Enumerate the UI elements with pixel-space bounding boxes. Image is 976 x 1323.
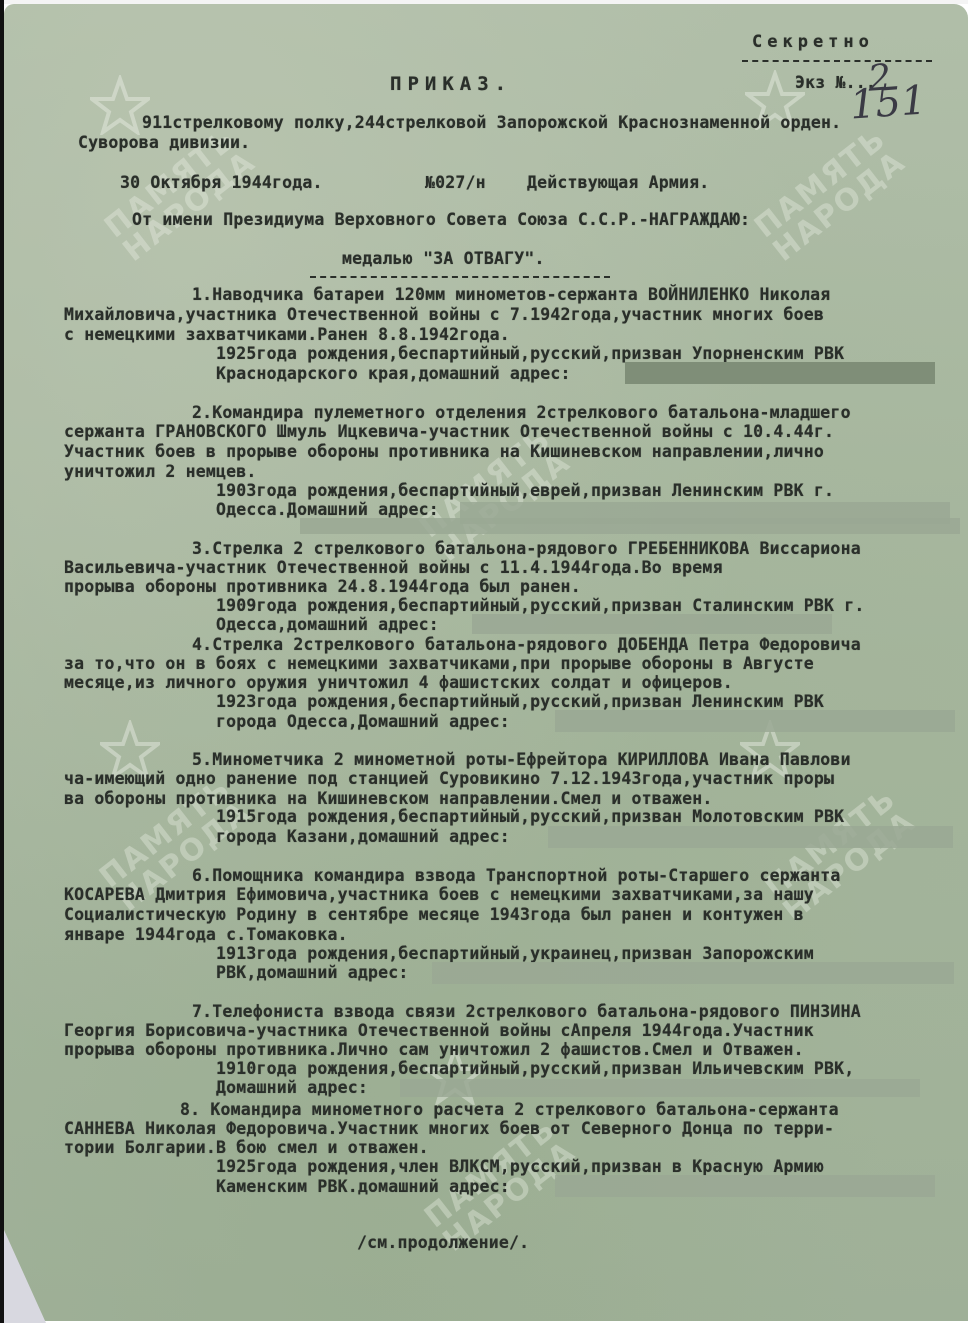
entry-6-bio-2: РВК,домашний адрес: [216, 963, 409, 982]
entry-7-line-1: 7.Телефониста взвода связи 2стрелкового … [192, 1002, 861, 1021]
entry-3-line-1: 3.Стрелка 2 стрелкового батальона-рядово… [192, 539, 861, 558]
award-name: медалью "ЗА ОТВАГУ". [342, 249, 545, 268]
redacted-address [400, 1079, 920, 1097]
entry-6-line-4: январе 1944года с.Томаковка. [64, 925, 348, 944]
entry-8-bio-2: Каменским РВК.домашний адрес: [216, 1177, 510, 1196]
entry-1-bio-2: Краснодарского края,домашний адрес: [216, 364, 571, 383]
entry-4-line-3: месяце,из личного оружия уничтожил 4 фаш… [64, 673, 733, 692]
entry-5-line-2: ча-имеющий одно ранение под станцией Сур… [64, 769, 834, 788]
entry-3-line-2: Васильевича-участник Отечественной войны… [64, 558, 723, 577]
entry-1-bio-1: 1925года рождения,беспартийный,русский,п… [216, 344, 844, 363]
entry-1-line-2: Михайловича,участника Отечественной войн… [64, 305, 824, 324]
entry-2-line-1: 2.Командира пулеметного отделения 2стрел… [192, 403, 851, 422]
redacted-address [625, 362, 935, 384]
entry-6-line-2: КОСАРЕВА Дмитрия Ефимовича,участника бое… [64, 885, 814, 904]
entry-8-line-1: 8. Командира минометного расчета 2 стрел… [180, 1100, 839, 1119]
entry-2-line-2: сержанта ГРАНОВСКОГО Шмуль Ицкевича-учас… [64, 422, 834, 441]
redacted-address [555, 1175, 935, 1197]
header-unit-line-2: Суворова дивизии. [78, 133, 250, 152]
entry-1-line-3: с немецкими захватчиками.Ранен 8.8.1942г… [64, 325, 510, 344]
entry-8-bio-1: 1925года рождения,член ВЛКСМ,русский,при… [216, 1157, 824, 1176]
header-unit-line-1: 911стрелковому полку,244стрелковой Запор… [142, 113, 841, 132]
entry-7-line-3: прорыва обороны противника.Лично сам уни… [64, 1040, 804, 1059]
folded-corner [4, 1230, 46, 1323]
entry-4-line-2: за то,что он в боях с немецкими захватчи… [64, 654, 814, 673]
redacted-address [548, 826, 953, 848]
redacted-address [432, 962, 954, 984]
order-date: 30 Октября 1944года. [120, 173, 323, 192]
entry-8-line-2: САННЕВА Николая Федоровича.Участник мног… [64, 1119, 834, 1138]
entry-8-line-3: тории Болгарии.В бою смел и отважен. [64, 1138, 429, 1157]
entry-4-bio-2: города Одесса,Домашний адрес: [216, 712, 510, 731]
entry-4-line-1: 4.Стрелка 2стрелкового батальона-рядовог… [192, 635, 861, 654]
entry-5-line-1: 5.Минометчика 2 минометной роты-Ефрейтор… [192, 750, 851, 769]
entry-3-bio-1: 1909года рождения,беспартийный,русский,п… [216, 596, 865, 615]
entry-2-line-3: Участник боев в прорыве обороны противни… [64, 442, 824, 461]
entry-2-bio-2: Одесса.Домашний адрес: [216, 500, 439, 519]
entry-5-line-3: ва обороны противника на Кишиневском нап… [64, 789, 713, 808]
scan-left-border [0, 0, 4, 1323]
order-preamble: От имени Президиума Верховного Совета Со… [132, 210, 750, 229]
entry-3-bio-2: Одесса,домашний адрес: [216, 615, 439, 634]
continuation-note: /см.продолжение/. [357, 1233, 529, 1252]
redacted-address [555, 710, 955, 732]
entry-1-line-1: 1.Наводчика батареи 120мм минометов-серж… [192, 285, 830, 304]
entry-6-line-1: 6.Помощника командира взвода Транспортно… [192, 866, 841, 885]
award-underline [310, 276, 610, 278]
redacted-address [472, 614, 832, 634]
order-number: №027/н [425, 173, 486, 192]
entry-7-bio-1: 1910года рождения,беспартийный,русский,п… [216, 1059, 854, 1078]
entry-7-bio-2: Домашний адрес: [216, 1078, 368, 1097]
document-title: ПРИКАЗ. [390, 73, 512, 95]
entry-2-line-4: уничтожил 2 немцев. [64, 462, 257, 481]
handwritten-page-number: 151 [848, 77, 927, 128]
scan-right-border [968, 0, 976, 1323]
entry-2-bio-1: 1903года рождения,беспартийный,еврей,при… [216, 481, 834, 500]
entry-5-bio-2: города Казани,домашний адрес: [216, 827, 510, 846]
redacted-address [300, 518, 960, 534]
entry-7-line-2: Георгия Борисовича-участника Отечественн… [64, 1021, 814, 1040]
classification-stamp: Секретно [752, 32, 874, 52]
order-location: Действующая Армия. [527, 173, 709, 192]
entry-3-line-3: прорыва обороны противника 24.8.1944года… [64, 577, 581, 596]
entry-6-line-3: Социалистическую Родину в сентябре месяц… [64, 905, 804, 924]
entry-5-bio-1: 1915года рождения,беспартийный,русский,п… [216, 807, 844, 826]
classification-underline [742, 60, 932, 62]
entry-6-bio-1: 1913года рождения,беспартийный,украинец,… [216, 944, 814, 963]
entry-4-bio-1: 1923года рождения,беспартийный,русский,п… [216, 692, 824, 711]
